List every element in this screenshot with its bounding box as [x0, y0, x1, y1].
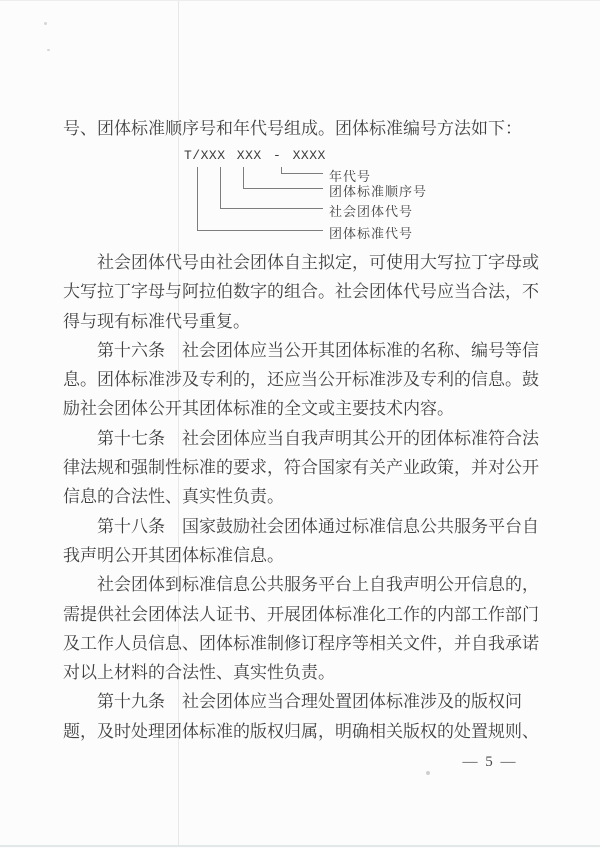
- paragraph-article-17: 第十七条 社会团体应当自我声明其公开的团体标准符合法律法规和强制性标准的要求，符…: [63, 424, 553, 512]
- standard-number-template: T/XXX XXX - XXXX: [184, 148, 326, 163]
- text-line: 第十七条 社会团体应当自我声明其公开的团体标准符合法: [63, 424, 553, 453]
- text-line: 社会团体代号由社会团体自主拟定，可使用大写拉丁字母或: [63, 248, 553, 277]
- text-line: 第十九条 社会团体应当合理处置团体标准涉及的版权问: [63, 687, 553, 716]
- label-social-organization-code: 社会团体代号: [329, 201, 413, 220]
- leader-line-horizontal: [281, 173, 323, 174]
- document-page: 号、团体标准顺序号和年代号组成。团体标准编号方法如下： T/XXX XXX - …: [0, 0, 600, 848]
- text-line: 得与现有标准代号重复。: [63, 307, 553, 336]
- text-line: 大写拉丁字母与阿拉伯数字的组合。社会团体代号应当合法，不: [63, 277, 553, 306]
- leader-line-vertical: [243, 167, 244, 189]
- paragraph: 社会团体到标准信息公共服务平台上自我声明公开信息的，需提供社会团体法人证书、开展…: [63, 570, 553, 687]
- text-line: 第十八条 国家鼓励社会团体通过标准信息公共服务平台自: [63, 512, 553, 541]
- paragraph-article-16: 第十六条 社会团体应当公开其团体标准的名称、编号等信息。团体标准涉及专利的，还应…: [63, 336, 553, 424]
- paragraph-article-18: 第十八条 国家鼓励社会团体通过标准信息公共服务平台自我声明公开其团体标准信息。: [63, 512, 553, 571]
- leader-line-vertical: [197, 167, 198, 231]
- text-line: 息。团体标准涉及专利的，还应当公开标准涉及专利的信息。鼓: [63, 365, 553, 394]
- label-standard-sequence-number: 团体标准顺序号: [329, 181, 427, 200]
- label-group-standard-code: 团体标准代号: [329, 223, 413, 242]
- text-line: 我声明公开其团体标准信息。: [63, 541, 553, 570]
- leader-line-vertical: [220, 167, 221, 209]
- standard-number-diagram: T/XXX XXX - XXXX 年代号 团体标准顺序号 社会团体代号 团体标准…: [0, 1, 600, 261]
- scan-speck: [426, 771, 430, 775]
- text-line: 律法规和强制性标准的要求，符合国家有关产业政策，并对公开: [63, 453, 553, 482]
- paragraph: 社会团体代号由社会团体自主拟定，可使用大写拉丁字母或大写拉丁字母与阿拉伯数字的组…: [63, 248, 553, 336]
- text-line: 对以上材料的合法性、真实性负责。: [63, 658, 553, 687]
- leader-line-horizontal: [197, 230, 323, 231]
- leader-line-horizontal: [243, 188, 323, 189]
- text-line: 题，及时处理团体标准的版权归属，明确相关版权的处置规则、: [63, 717, 553, 746]
- text-line: 励社会团体公开其团体标准的全文或主要技术内容。: [63, 394, 553, 423]
- page-number: — 5 —: [448, 754, 532, 771]
- text-line: 信息的合法性、真实性负责。: [63, 482, 553, 511]
- text-line: 社会团体到标准信息公共服务平台上自我声明公开信息的，: [63, 570, 553, 599]
- paragraph-article-19: 第十九条 社会团体应当合理处置团体标准涉及的版权问题，及时处理团体标准的版权归属…: [63, 687, 553, 746]
- scan-bottom-edge: [0, 845, 600, 847]
- text-line: 第十六条 社会团体应当公开其团体标准的名称、编号等信: [63, 336, 553, 365]
- leader-line-horizontal: [220, 208, 323, 209]
- text-line: 及工作人员信息、团体标准制修订程序等相关文件，并自我承诺: [63, 629, 553, 658]
- document-body: 社会团体代号由社会团体自主拟定，可使用大写拉丁字母或大写拉丁字母与阿拉伯数字的组…: [63, 248, 553, 746]
- text-line: 需提供社会团体法人证书、开展团体标准化工作的内部工作部门: [63, 600, 553, 629]
